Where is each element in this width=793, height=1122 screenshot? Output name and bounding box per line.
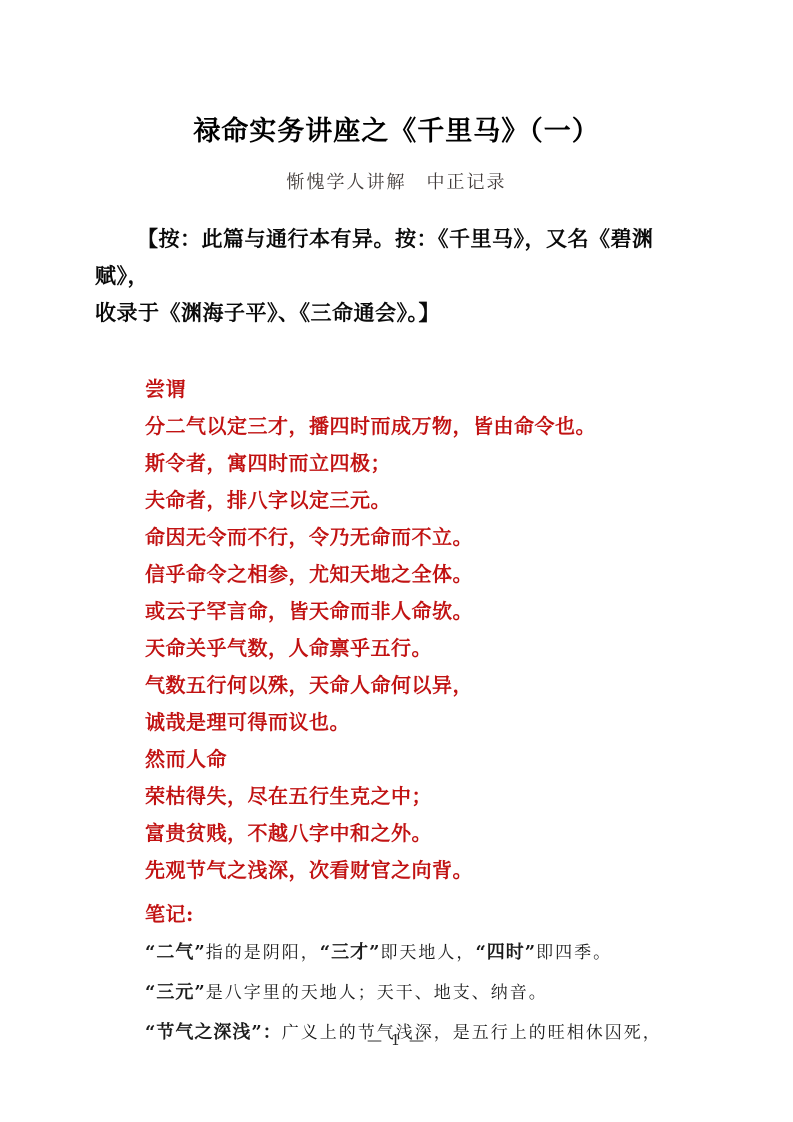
page-number: — 1 — <box>0 1030 793 1050</box>
page-number-label: — 1 — <box>367 1031 426 1049</box>
verse-line: 或云子罕言命，皆天命而非人命欤。 <box>145 593 733 630</box>
notes-heading: 笔记: <box>145 895 733 933</box>
verse-line: 信乎命令之相参，尤知天地之全体。 <box>145 556 733 593</box>
verse-line: 富贵贫贱，不越八字中和之外。 <box>145 815 733 852</box>
note-text: 指的是阴阳， <box>206 943 320 963</box>
note-line: “二气”指的是阴阳，“三才”即天地人，“四时”即四季。 <box>145 933 753 973</box>
document-page: 禄命实务讲座之《千里马》（一） 惭愧学人讲解 中正记录 【按：此篇与通行本有异。… <box>0 0 793 1122</box>
verse-line: 分二气以定三才，播四时而成万物，皆由命令也。 <box>145 408 733 445</box>
editor-note: 【按：此篇与通行本有异。按：《千里马》，又名《碧渊赋》， 收录于《渊海子平》、《… <box>95 220 698 331</box>
note-line: “三元”是八字里的天地人；天干、地支、纳音。 <box>145 973 753 1013</box>
note-term: “三才” <box>320 942 381 963</box>
verse-line: 然而人命 <box>145 741 733 778</box>
verse-line: 尝谓 <box>145 371 733 408</box>
verse-line: 先观节气之浅深，次看财官之向背。 <box>145 852 733 889</box>
verse-line: 夫命者，排八字以定三元。 <box>145 482 733 519</box>
note-term: “二气” <box>145 942 206 963</box>
editor-note-line: 收录于《渊海子平》、《三命通会》。】 <box>95 294 698 331</box>
verse-line: 荣枯得失，尽在五行生克之中； <box>145 778 733 815</box>
note-term: “四时” <box>475 942 536 963</box>
byline: 惭愧学人讲解 中正记录 <box>0 170 793 196</box>
verse-line: 气数五行何以殊，天命人命何以异， <box>145 667 733 704</box>
editor-note-line: 【按：此篇与通行本有异。按：《千里马》，又名《碧渊赋》， <box>95 220 698 294</box>
note-text: 是八字里的天地人；天干、地支、纳音。 <box>206 983 548 1003</box>
note-text: 即四季。 <box>536 943 612 963</box>
verse-line: 命因无令而不行，令乃无命而不立。 <box>145 519 733 556</box>
verse-line: 天命关乎气数，人命禀乎五行。 <box>145 630 733 667</box>
page-title: 禄命实务讲座之《千里马》（一） <box>0 0 793 152</box>
note-term: “三元” <box>145 982 206 1003</box>
verse-line: 斯令者，寓四时而立四极； <box>145 445 733 482</box>
verse-block: 尝谓 分二气以定三才，播四时而成万物，皆由命令也。 斯令者，寓四时而立四极； 夫… <box>145 371 733 889</box>
note-text: 即天地人， <box>380 943 475 963</box>
verse-line: 诚哉是理可得而议也。 <box>145 704 733 741</box>
